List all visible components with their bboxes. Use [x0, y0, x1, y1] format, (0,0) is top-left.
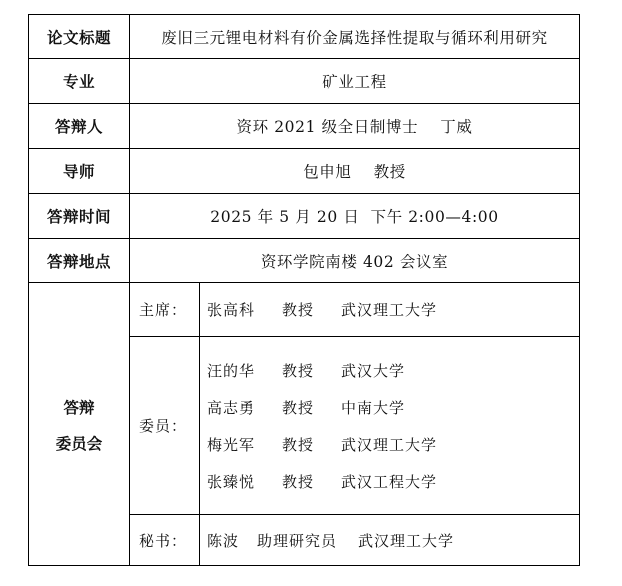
- row-defense-location: 答辩地点 资环学院南楼 402 会议室: [29, 239, 579, 283]
- person-institution: 武汉工程大学: [341, 471, 437, 492]
- person-institution: 武汉理工大学: [358, 530, 454, 551]
- person-member: 梅光军 教授 武汉理工大学: [207, 426, 579, 463]
- person-title: 教授: [282, 397, 341, 418]
- label-thesis-title: 论文标题: [29, 15, 130, 58]
- person-institution: 武汉理工大学: [341, 434, 437, 455]
- role-secretary: 秘书：: [130, 515, 200, 565]
- value-defense-location: 资环学院南楼 402 会议室: [130, 239, 579, 282]
- defense-info-table: 论文标题 废旧三元锂电材料有价金属选择性提取与循环利用研究 专业 矿业工程 答辩…: [28, 14, 580, 566]
- value-defense-time: 2025 年 5 月 20 日 下午 2:00—4:00: [130, 194, 579, 238]
- committee-secretary-row: 秘书： 陈波 助理研究员 武汉理工大学: [130, 515, 579, 565]
- row-defense-time: 答辩时间 2025 年 5 月 20 日 下午 2:00—4:00: [29, 194, 579, 239]
- person-institution: 武汉理工大学: [341, 299, 437, 320]
- value-major: 矿业工程: [130, 59, 579, 103]
- committee-label: 答辩 委员会: [29, 283, 130, 565]
- person-title: 教授: [282, 299, 341, 320]
- secretary-people: 陈波 助理研究员 武汉理工大学: [200, 515, 579, 565]
- label-defense-location: 答辩地点: [29, 239, 130, 282]
- chair-people: 张高科 教授 武汉理工大学: [200, 283, 579, 336]
- committee-label-line2: 委员会: [56, 426, 103, 462]
- value-thesis-title: 废旧三元锂电材料有价金属选择性提取与循环利用研究: [130, 15, 579, 58]
- value-candidate: 资环 2021 级全日制博士 丁威: [130, 104, 579, 148]
- role-members: 委员：: [130, 337, 200, 514]
- person-member: 汪的华 教授 武汉大学: [207, 352, 579, 389]
- person-institution: 中南大学: [341, 397, 405, 418]
- committee-members-row: 委员： 汪的华 教授 武汉大学 高志勇 教授 中南大学 梅光军 教授 武汉理工大…: [130, 337, 579, 515]
- person-title: 助理研究员: [257, 530, 358, 551]
- person-institution: 武汉大学: [341, 360, 405, 381]
- person-title: 教授: [282, 360, 341, 381]
- value-advisor: 包申旭 教授: [130, 149, 579, 193]
- defense-committee: 答辩 委员会 主席： 张高科 教授 武汉理工大学 委员： 汪的华 教授 武汉大学: [29, 283, 579, 565]
- row-candidate: 答辩人 资环 2021 级全日制博士 丁威: [29, 104, 579, 149]
- person-name: 汪的华: [207, 360, 282, 381]
- person-name: 陈波: [207, 530, 257, 551]
- label-advisor: 导师: [29, 149, 130, 193]
- person-chair: 张高科 教授 武汉理工大学: [207, 291, 579, 328]
- row-major: 专业 矿业工程: [29, 59, 579, 104]
- label-candidate: 答辩人: [29, 104, 130, 148]
- person-name: 张臻悦: [207, 471, 282, 492]
- members-people: 汪的华 教授 武汉大学 高志勇 教授 中南大学 梅光军 教授 武汉理工大学 张臻…: [200, 337, 579, 514]
- person-member: 高志勇 教授 中南大学: [207, 389, 579, 426]
- committee-label-line1: 答辩: [63, 390, 94, 426]
- person-name: 梅光军: [207, 434, 282, 455]
- person-title: 教授: [282, 471, 341, 492]
- role-chair: 主席：: [130, 283, 200, 336]
- committee-chair-row: 主席： 张高科 教授 武汉理工大学: [130, 283, 579, 337]
- label-defense-time: 答辩时间: [29, 194, 130, 238]
- row-advisor: 导师 包申旭 教授: [29, 149, 579, 194]
- row-thesis-title: 论文标题 废旧三元锂电材料有价金属选择性提取与循环利用研究: [29, 15, 579, 59]
- person-name: 高志勇: [207, 397, 282, 418]
- person-member: 张臻悦 教授 武汉工程大学: [207, 463, 579, 500]
- person-title: 教授: [282, 434, 341, 455]
- person-name: 张高科: [207, 299, 282, 320]
- person-secretary: 陈波 助理研究员 武汉理工大学: [207, 522, 579, 559]
- label-major: 专业: [29, 59, 130, 103]
